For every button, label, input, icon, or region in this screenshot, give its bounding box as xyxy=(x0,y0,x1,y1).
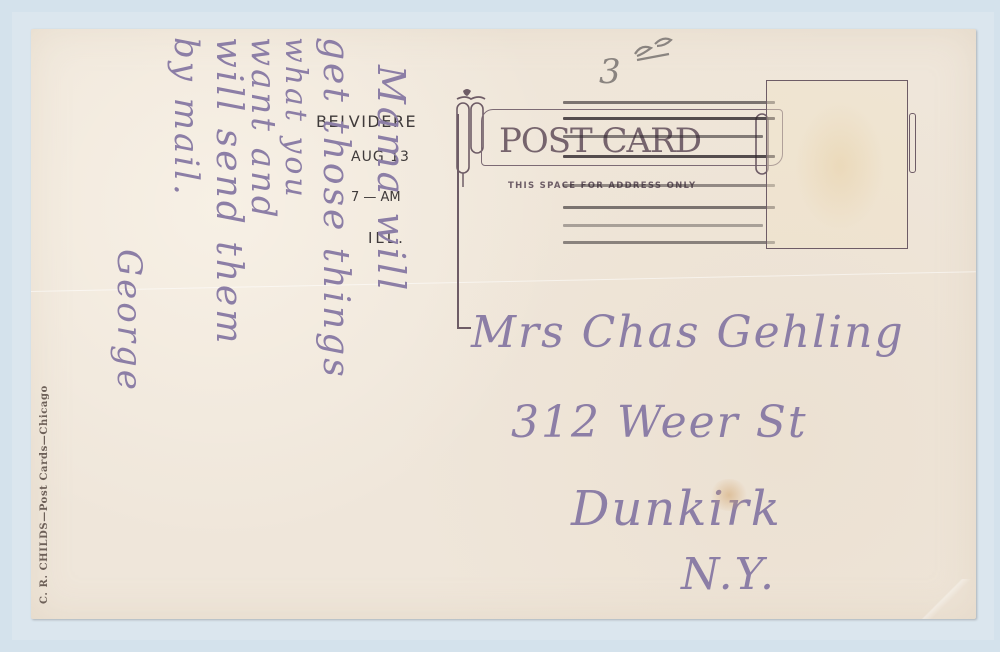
recipient-city: Dunkirk xyxy=(571,481,782,537)
ink-stain xyxy=(709,479,749,511)
message-line: get those things xyxy=(315,37,356,380)
message-line: Mama will xyxy=(369,65,413,293)
message-line: by mail. xyxy=(166,37,206,198)
postcard: C. R. CHILDS—Post Cards—Chicago 3 BELVID… xyxy=(31,29,976,619)
message-line: want and xyxy=(243,37,283,221)
signature: George xyxy=(109,249,149,393)
recipient-street: 312 Weer St xyxy=(511,397,808,448)
message-line: what you xyxy=(278,37,313,200)
recipient-state: N.Y. xyxy=(681,549,776,600)
message-line: will send them xyxy=(208,37,249,346)
recipient-name: Mrs Chas Gehling xyxy=(471,307,905,358)
